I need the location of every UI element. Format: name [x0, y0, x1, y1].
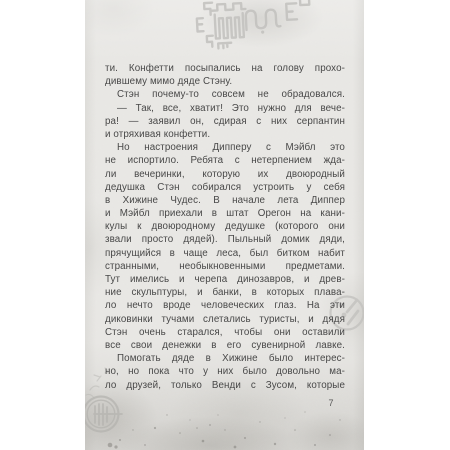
text-line: кулы к двоюродному дедушке (которого они: [105, 220, 345, 233]
text-line: все свои денежки в его сувенирной лавке.: [105, 339, 345, 352]
text-line: ние скульптуры, и банки, в которых плава…: [105, 286, 345, 299]
text-line: ли вечеринки, которую их двоюродный: [105, 168, 345, 181]
text-line: Но настроения Дипперу с Мэйбл это: [105, 141, 345, 154]
maze-glyph-icon: [196, 0, 311, 49]
scanned-book-screenshot: ти. Конфетти посыпались на голову прохо-…: [0, 0, 450, 450]
text-line: звали просто дядей). Пыльный домик дяди,: [105, 233, 345, 246]
stamp-icon: [85, 397, 122, 432]
text-line: ра! — заявил он, сдирая с них серпантин: [105, 115, 345, 128]
text-line: не испортило. Ребята с нетерпением жда-: [105, 154, 345, 167]
text-line: Стэн очень старался, чтобы они оставили: [105, 326, 345, 339]
text-line: ти. Конфетти посыпались на голову прохо-: [105, 62, 345, 75]
text-line: странными, необыкновенными предметами.: [105, 260, 345, 273]
page-number: 7: [325, 398, 337, 408]
text-line: — Так, все, хватит! Это нужно для вече-: [105, 102, 345, 115]
text-line: дедушка Стэн собирался устроить у себя: [105, 181, 345, 194]
page-text: ти. Конфетти посыпались на голову прохо-…: [105, 62, 345, 392]
text-line: но, но пока что у них было довольно ма-: [105, 365, 345, 378]
text-line: дившему мимо дяде Стэну.: [105, 75, 345, 88]
text-line: прячущийся в чаще леса, был битком набит: [105, 247, 345, 260]
text-line: и отряхивая конфетти.: [105, 128, 345, 141]
text-line: Помогать дяде в Хижине было интерес-: [105, 352, 345, 365]
book-page: ти. Конфетти посыпались на голову прохо-…: [85, 0, 364, 450]
text-line: ло друзей, только Венди с Зусом, которые: [105, 379, 345, 392]
text-line: Стэн почему-то совсем не обрадовался.: [105, 88, 345, 101]
speckle-texture: [108, 411, 341, 448]
text-line: Тут имелись и черепа динозавров, и древ-: [105, 273, 345, 286]
text-line: и Мэйбл приехали в штат Орегон на кани-: [105, 207, 345, 220]
text-line: диковинки тучами слетались туристы, и дя…: [105, 313, 345, 326]
text-line: в Хижине Чудес. В начале лета Диппер: [105, 194, 345, 207]
text-line: ло нечто вроде человеческих глаз. На эти: [105, 299, 345, 312]
